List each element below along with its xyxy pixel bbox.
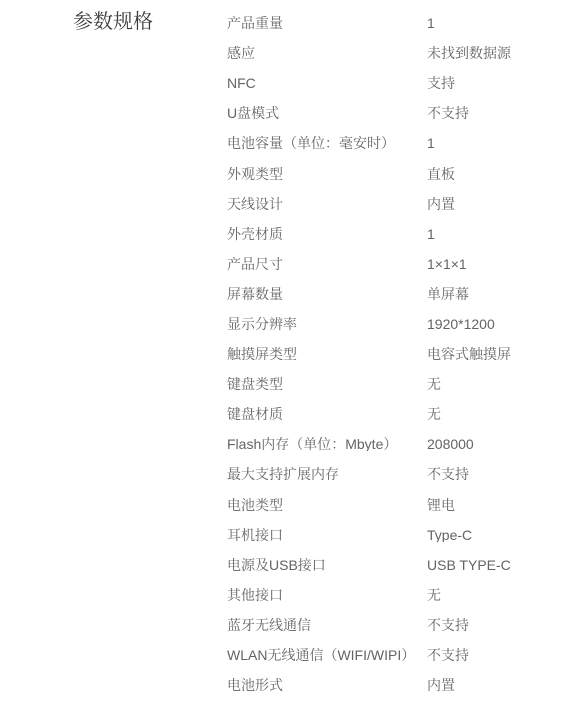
spec-label: 外观类型	[227, 167, 427, 181]
spec-label: WLAN无线通信（WIFI/WIPI）	[227, 648, 427, 662]
product-spec-page: 参数规格 产品重量1感应未找到数据源NFC支持U盘模式不支持电池容量（单位：毫安…	[0, 0, 587, 719]
spec-value: 不支持	[427, 648, 587, 662]
spec-value: 电容式触摸屏	[427, 347, 587, 361]
spec-label: 电源及USB接口	[227, 558, 427, 572]
spec-value: USB TYPE-C	[427, 558, 587, 572]
spec-value: 内置	[427, 197, 587, 211]
spec-label: 耳机接口	[227, 528, 427, 542]
section-title: 参数规格	[73, 10, 153, 34]
spec-value: 1	[427, 136, 587, 150]
spec-value: 无	[427, 377, 587, 391]
spec-label: 触摸屏类型	[227, 347, 427, 361]
spec-value: 1	[427, 16, 587, 30]
spec-row: 键盘类型无	[227, 369, 587, 399]
spec-row: 显示分辨率1920*1200	[227, 309, 587, 339]
spec-row: 其他接口无	[227, 580, 587, 610]
spec-row: 屏幕数量单屏幕	[227, 279, 587, 309]
spec-row: 蓝牙无线通信不支持	[227, 610, 587, 640]
spec-value: 直板	[427, 167, 587, 181]
spec-label: 蓝牙无线通信	[227, 618, 427, 632]
spec-value: 不支持	[427, 106, 587, 120]
spec-label: 感应	[227, 46, 427, 60]
spec-value: 无	[427, 588, 587, 602]
spec-row: 耳机接口Type-C	[227, 520, 587, 550]
spec-value: 无	[427, 407, 587, 421]
spec-row: 外壳材质1	[227, 219, 587, 249]
spec-label: 电池形式	[227, 678, 427, 692]
spec-value: 1920*1200	[427, 317, 587, 331]
spec-label: 产品尺寸	[227, 257, 427, 271]
spec-value: 单屏幕	[427, 287, 587, 301]
spec-value: 内置	[427, 678, 587, 692]
spec-row: 感应未找到数据源	[227, 38, 587, 68]
spec-value: 锂电	[427, 498, 587, 512]
spec-value: 支持	[427, 76, 587, 90]
spec-value: 1×1×1	[427, 257, 587, 271]
spec-label: NFC	[227, 76, 427, 90]
spec-row: WLAN无线通信（WIFI/WIPI）不支持	[227, 640, 587, 670]
spec-value: Type-C	[427, 528, 587, 542]
spec-label: 电池类型	[227, 498, 427, 512]
spec-row: 外观类型直板	[227, 158, 587, 188]
spec-value: 不支持	[427, 467, 587, 481]
spec-value: 未找到数据源	[427, 46, 587, 60]
spec-row: 产品尺寸1×1×1	[227, 249, 587, 279]
spec-label: 其他接口	[227, 588, 427, 602]
spec-label: 显示分辨率	[227, 317, 427, 331]
spec-row: 电源及USB接口USB TYPE-C	[227, 550, 587, 580]
spec-label: 屏幕数量	[227, 287, 427, 301]
spec-label: 最大支持扩展内存	[227, 467, 427, 481]
spec-row: NFC支持	[227, 68, 587, 98]
spec-label: 电池容量（单位：毫安时）	[227, 136, 427, 150]
spec-value: 1	[427, 227, 587, 241]
spec-row: 最大支持扩展内存不支持	[227, 459, 587, 489]
spec-value: 不支持	[427, 618, 587, 632]
spec-table: 产品重量1感应未找到数据源NFC支持U盘模式不支持电池容量（单位：毫安时）1外观…	[227, 8, 587, 700]
spec-row: Flash内存（单位：Mbyte）208000	[227, 429, 587, 459]
spec-label: Flash内存（单位：Mbyte）	[227, 437, 427, 451]
spec-value: 208000	[427, 437, 587, 451]
spec-row: 电池容量（单位：毫安时）1	[227, 128, 587, 158]
spec-row: 电池类型锂电	[227, 490, 587, 520]
spec-row: U盘模式不支持	[227, 98, 587, 128]
spec-row: 产品重量1	[227, 8, 587, 38]
spec-label: 产品重量	[227, 16, 427, 30]
spec-row: 天线设计内置	[227, 189, 587, 219]
spec-row: 电池形式内置	[227, 670, 587, 700]
spec-row: 键盘材质无	[227, 399, 587, 429]
spec-label: U盘模式	[227, 106, 427, 120]
spec-row: 触摸屏类型电容式触摸屏	[227, 339, 587, 369]
spec-label: 外壳材质	[227, 227, 427, 241]
spec-label: 键盘类型	[227, 377, 427, 391]
spec-label: 天线设计	[227, 197, 427, 211]
spec-label: 键盘材质	[227, 407, 427, 421]
